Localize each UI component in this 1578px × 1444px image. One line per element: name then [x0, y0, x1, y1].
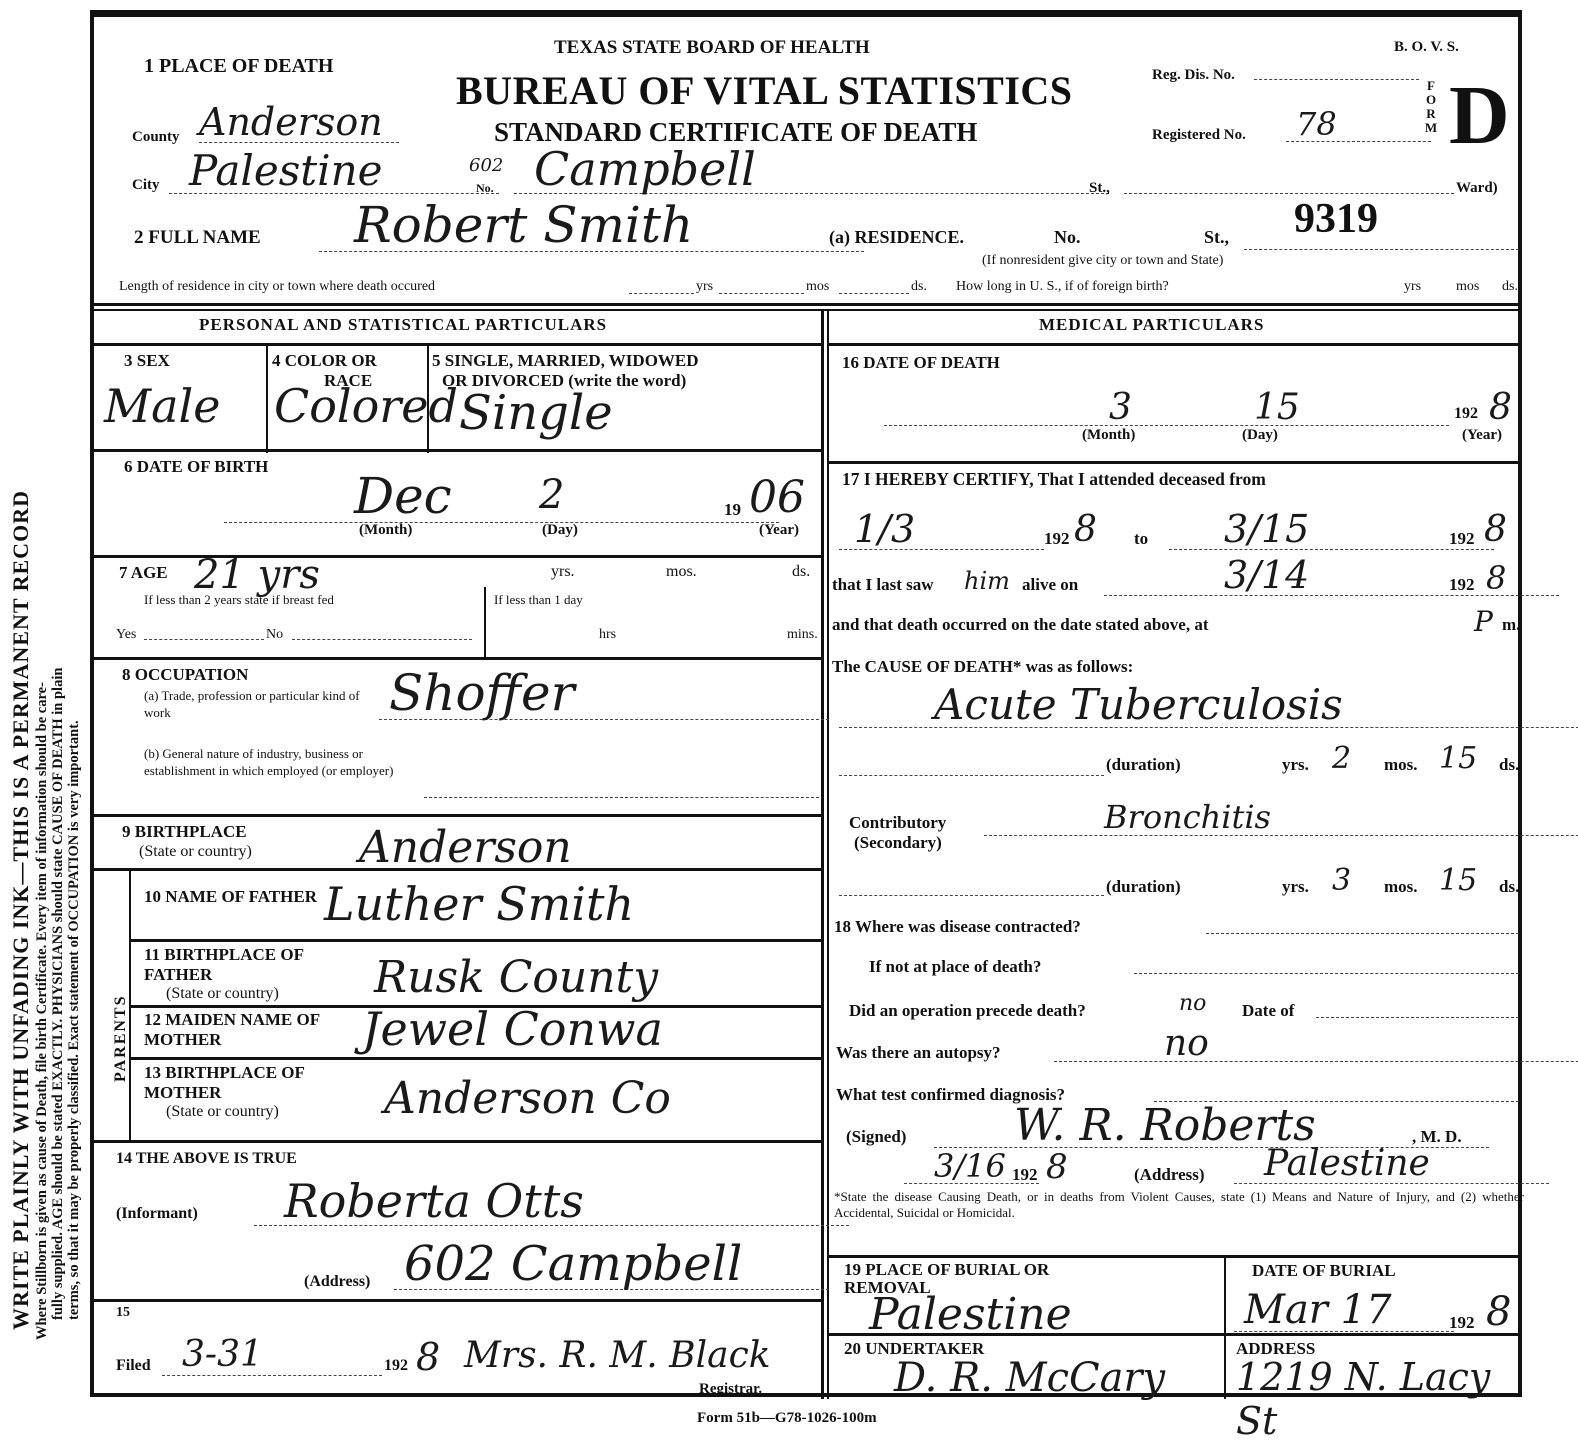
date-of-label: Date of — [1242, 1001, 1294, 1021]
dob-day-caption: (Day) — [542, 522, 578, 539]
length-yrs-field — [629, 293, 694, 294]
dod-month-caption: (Month) — [1082, 427, 1135, 444]
burial-date-value: Mar 17 — [1234, 1289, 1454, 1332]
not-at-place-label: If not at place of death? — [869, 957, 1041, 977]
signed-value: W. R. Roberts — [934, 1105, 1489, 1148]
form-code: D — [1449, 67, 1510, 164]
dod-day-value: 15 — [1254, 387, 1300, 428]
informant-label: (Informant) — [116, 1205, 198, 1223]
registrar-value: Mrs. R. M. Black — [464, 1335, 771, 1376]
breast-fed-label: If less than 2 years state if breast fed — [144, 592, 334, 608]
death-certificate-form: 1 PLACE OF DEATH TEXAS STATE BOARD OF HE… — [90, 10, 1522, 1397]
signed-year: 8 — [1046, 1147, 1068, 1187]
nonresident-note: (If nonresident give city or town and St… — [982, 253, 1223, 269]
sex-value: Male — [104, 379, 220, 433]
residence-field — [1244, 249, 1519, 250]
birthplace-label: 9 BIRTHPLACE — [122, 822, 247, 842]
dob-field — [224, 522, 779, 523]
not-at-place-field — [1134, 973, 1519, 974]
bovs-label: B. O. V. S. — [1394, 39, 1459, 56]
margin-line-2: fully supplied. AGE should be stated EXA… — [50, 668, 67, 1320]
dob-day-value: 2 — [539, 472, 564, 518]
dod-day-caption: (Day) — [1242, 427, 1278, 444]
st-label: St., — [1089, 180, 1110, 197]
county-value: Anderson — [199, 102, 399, 143]
how-long-us-label: How long in U. S., if of foreign birth? — [956, 279, 1169, 295]
filed-year-prefix: 192 — [384, 1357, 408, 1375]
less-than-day-label: If less than 1 day — [494, 592, 583, 608]
cause-footnote: *State the disease Causing Death, or in … — [834, 1189, 1524, 1221]
informant-address-label: (Address) — [304, 1273, 370, 1291]
last-saw-year: 8 — [1486, 559, 1506, 597]
yrs-label: yrs — [696, 279, 713, 295]
dod-label: 16 DATE OF DEATH — [842, 353, 1000, 373]
informant-address-value: 602 Campbell — [394, 1239, 829, 1290]
mother-birthplace-label: 13 BIRTHPLACE OF MOTHER — [144, 1063, 354, 1103]
reg-dis-label: Reg. Dis. No. — [1152, 67, 1235, 84]
occupation-label: 8 OCCUPATION — [122, 665, 248, 685]
cause-mos-label: mos. — [1384, 755, 1418, 775]
county-label: County — [132, 129, 180, 146]
margin-instructions: WRITE PLAINLY WITH UNFADING INK—THIS IS … — [0, 0, 90, 1444]
informant-value: Roberta Otts — [254, 1177, 849, 1226]
city-label: City — [132, 177, 160, 194]
age-ds-label: ds. — [792, 563, 810, 581]
age-label: 7 AGE — [119, 563, 168, 583]
birthplace-sub: (State or country) — [139, 843, 252, 861]
sex-label: 3 SEX — [124, 351, 170, 371]
death-time-suffix: m. — [1502, 615, 1520, 635]
contributory-duration-mos: 3 — [1332, 863, 1351, 898]
mos-label: mos — [806, 279, 829, 295]
mins-label: mins. — [787, 627, 818, 643]
contributory-duration-ds: 15 — [1439, 863, 1477, 898]
form-vertical-label: FO RM — [1424, 79, 1438, 135]
burial-year-prefix: 192 — [1449, 1313, 1475, 1333]
last-saw-label: that I last saw — [832, 575, 934, 595]
residence-label: (a) RESIDENCE. — [829, 227, 964, 248]
age-mos-label: mos. — [666, 563, 697, 581]
contributory-label: Contributory — [849, 813, 946, 833]
us-mos-label: mos — [1456, 279, 1479, 295]
last-saw-year-prefix: 192 — [1449, 575, 1475, 595]
bureau-title: BUREAU OF VITAL STATISTICS — [456, 67, 1073, 114]
us-yrs-label: yrs — [1404, 279, 1421, 295]
alive-on-label: alive on — [1022, 575, 1078, 595]
filed-year-value: 8 — [416, 1335, 440, 1379]
contracted-label: 18 Where was disease contracted? — [834, 917, 1081, 937]
above-true-label: 14 THE ABOVE IS TRUE — [116, 1150, 297, 1168]
stamp-number: 9319 — [1294, 195, 1378, 243]
breast-fed-yes-label: Yes — [116, 627, 136, 643]
attended-from-year: 8 — [1074, 509, 1097, 550]
filed-label: Filed — [116, 1357, 151, 1375]
street-number-value: 602 — [469, 155, 503, 176]
occupation-a-label: (a) Trade, profession or particular kind… — [144, 687, 379, 721]
dod-month-value: 3 — [1109, 387, 1132, 428]
undertaker-address-value: 1219 N. Lacy St — [1236, 1355, 1518, 1443]
margin-line-3: terms, so that it may be properly classi… — [66, 720, 83, 1320]
residence-no-label: No. — [1054, 227, 1081, 248]
burial-date-label: DATE OF BURIAL — [1252, 1261, 1396, 1281]
contributory-value: Bronchitis — [984, 799, 1578, 836]
cause-duration-ds: 15 — [1439, 741, 1477, 776]
city-value: Palestine — [169, 149, 499, 194]
hrs-label: hrs — [599, 627, 616, 643]
contributory-ds-label: ds. — [1499, 877, 1519, 897]
margin-line-1: Where Stillborn is given as cause of Dea… — [34, 682, 51, 1340]
registrar-label: Registrar. — [699, 1381, 762, 1398]
contracted-field — [1206, 933, 1519, 934]
dod-field — [884, 425, 1449, 426]
breast-fed-no-field — [292, 639, 472, 640]
ds-label: ds. — [911, 279, 927, 295]
registered-no-value: 78 — [1286, 107, 1431, 142]
death-occurred-text: and that death occurred on the date stat… — [832, 615, 1209, 635]
registered-no-label: Registered No. — [1152, 127, 1246, 144]
undertaker-value: D. R. McCary — [894, 1355, 1165, 1401]
us-ds-label: ds. — [1502, 279, 1518, 295]
personal-section-head: PERSONAL AND STATISTICAL PARTICULARS — [199, 315, 607, 335]
ward-field — [1124, 193, 1454, 194]
length-ds-field — [839, 293, 909, 294]
cause-duration-label: (duration) — [1106, 755, 1181, 775]
dob-month-value: Dec — [354, 467, 452, 525]
street-number-label: No. — [476, 181, 494, 196]
death-time-value: P — [1474, 605, 1493, 638]
last-saw-pronoun: him — [964, 567, 1010, 595]
length-mos-field — [719, 293, 804, 294]
full-name-value: Robert Smith — [319, 199, 864, 252]
street-value: Campbell — [514, 145, 1109, 194]
residence-st-label: St., — [1204, 227, 1229, 248]
cause-label: The CAUSE OF DEATH* was as follows: — [832, 657, 1133, 677]
attended-to-value: 3/15 — [1169, 509, 1494, 550]
operation-value: no — [1179, 991, 1206, 1016]
dob-month-caption: (Month) — [359, 522, 412, 539]
mother-birthplace-value: Anderson Co — [384, 1073, 671, 1124]
parents-label: PARENTS — [112, 995, 130, 1083]
father-name-label: 10 NAME OF FATHER — [144, 887, 324, 907]
place-of-death-label: 1 PLACE OF DEATH — [144, 55, 333, 78]
father-name-value: Luther Smith — [324, 877, 634, 931]
age-yrs-label: yrs. — [551, 563, 575, 581]
mother-birthplace-sub: (State or country) — [166, 1103, 279, 1121]
to-label: to — [1134, 529, 1148, 549]
signed-year-prefix: 192 — [1012, 1165, 1038, 1185]
signed-label: (Signed) — [846, 1127, 906, 1147]
operation-label: Did an operation precede death? — [849, 1001, 1086, 1021]
contributory-duration-label: (duration) — [1106, 877, 1181, 897]
cause-ds-label: ds. — [1499, 755, 1519, 775]
dod-year-caption: (Year) — [1462, 427, 1502, 444]
md-address-label: (Address) — [1134, 1165, 1205, 1185]
father-birthplace-sub: (State or country) — [166, 985, 279, 1003]
md-address-value: Palestine — [1234, 1145, 1549, 1184]
cause-duration-field — [839, 775, 1104, 776]
dob-year-caption: (Year) — [759, 522, 799, 539]
breast-fed-no-label: No — [266, 627, 283, 643]
attended-from-year-prefix: 192 — [1044, 529, 1070, 549]
mother-maiden-label: 12 MAIDEN NAME OF MOTHER — [144, 1010, 364, 1050]
form-number: Form 51b—G78-1026-100m — [697, 1410, 877, 1427]
occupation-value: Shoffer — [379, 667, 829, 720]
contributory-duration-field — [839, 895, 1104, 896]
filed-date-value: 3-31 — [162, 1335, 382, 1376]
cause-duration-mos: 2 — [1332, 741, 1351, 776]
board-title: TEXAS STATE BOARD OF HEALTH — [554, 37, 870, 59]
mother-maiden-value: Jewel Conwa — [362, 1002, 663, 1056]
father-birthplace-value: Rusk County — [374, 952, 658, 1003]
contributory-mos-label: mos. — [1384, 877, 1418, 897]
contributory-yrs-label: yrs. — [1282, 877, 1309, 897]
attended-to-year: 8 — [1484, 509, 1507, 550]
secondary-label: (Secondary) — [854, 833, 942, 853]
certify-text: 17 I HEREBY CERTIFY, That I attended dec… — [842, 469, 1266, 490]
cause-value: Acute Tuberculosis — [839, 683, 1578, 728]
dob-year-prefix: 19 — [724, 500, 741, 520]
cause-yrs-label: yrs. — [1282, 755, 1309, 775]
attended-to-year-prefix: 192 — [1449, 529, 1475, 549]
attended-from-value: 1/3 — [839, 509, 1044, 550]
autopsy-label: Was there an autopsy? — [836, 1043, 1001, 1063]
reg-dis-field — [1254, 79, 1419, 80]
marital-value: Single — [459, 385, 613, 441]
length-residence-label: Length of residence in city or town wher… — [119, 279, 435, 295]
occupation-b-field — [424, 797, 819, 798]
occupation-b-label: (b) General nature of industry, business… — [144, 745, 419, 779]
filed-number: 15 — [116, 1305, 130, 1321]
full-name-label: 2 FULL NAME — [134, 227, 261, 249]
dob-label: 6 DATE OF BIRTH — [124, 457, 268, 477]
color-value: Colored — [274, 379, 458, 433]
margin-heading: WRITE PLAINLY WITH UNFADING INK—THIS IS … — [8, 490, 34, 1330]
dod-year-value: 8 — [1489, 387, 1512, 428]
father-birthplace-label: 11 BIRTHPLACE OF FATHER — [144, 945, 344, 985]
dod-year-prefix: 192 — [1454, 405, 1478, 423]
burial-year-value: 8 — [1486, 1289, 1511, 1335]
dob-year-value: 06 — [749, 472, 805, 523]
birthplace-value: Anderson — [359, 822, 572, 873]
breast-fed-yes-field — [144, 639, 264, 640]
ward-label: Ward) — [1456, 180, 1498, 197]
operation-date-field — [1316, 1017, 1519, 1018]
autopsy-value: no — [1054, 1027, 1578, 1062]
medical-section-head: MEDICAL PARTICULARS — [1039, 315, 1264, 335]
